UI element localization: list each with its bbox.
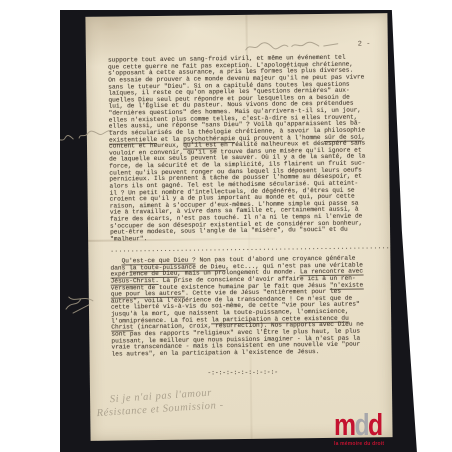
pencil-scribble-top — [244, 38, 356, 55]
mdd-watermark: mdd la mémoire du droit — [334, 409, 393, 447]
page-number: 2 - — [358, 40, 371, 48]
typed-line: les autres", en la participation à l'exi… — [112, 348, 378, 358]
document-paper: 2 - supporte tout avec un sang-froid vir… — [85, 13, 392, 441]
mdd-letter-d2: d — [368, 407, 382, 442]
paragraph-2: Qu'est-ce que Dieu ? Non pas tout d'abor… — [110, 255, 377, 358]
mdd-letter-m: m — [334, 407, 354, 442]
end-separator: -:-:-:-:-:-:-:-:-:- — [112, 368, 374, 378]
scanned-document-page: 2 - supporte tout avec un sang-froid vir… — [0, 0, 452, 452]
mdd-letter-d1: d — [354, 407, 368, 442]
handwritten-note: Si je n'ai pas l'amour Résistance et Sou… — [95, 386, 224, 420]
photo-background: 2 - supporte tout avec un sang-froid vir… — [60, 10, 418, 452]
paragraph-1: supporte tout avec un sang-froid viril, … — [108, 54, 376, 243]
pencil-scribble-margin-lower — [63, 289, 99, 317]
mdd-logo: mdd — [334, 409, 382, 440]
